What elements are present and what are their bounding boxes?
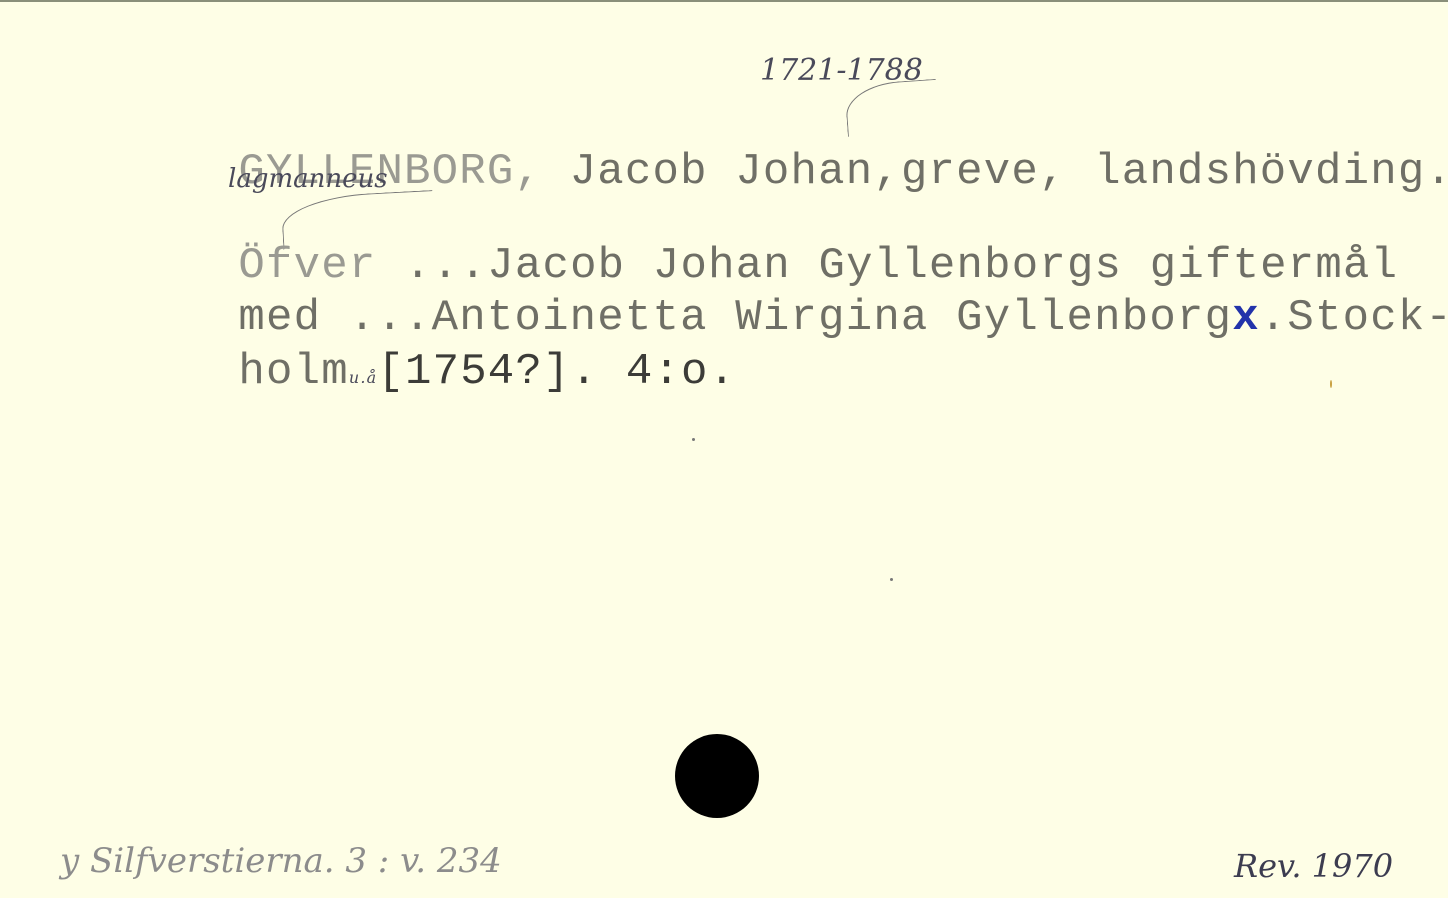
punch-hole (675, 734, 759, 818)
footer-left-note: y Silfverstierna. 3 : v. 234 (60, 844, 502, 878)
footer-revision-note: Rev. 1970 (1234, 850, 1393, 882)
handwritten-insert-lagmanneus: lagmanneus (228, 166, 388, 192)
ink-correction-mark: x (1232, 293, 1260, 343)
paper-speck (890, 578, 893, 581)
heading-title: greve, landshövding. (901, 147, 1448, 197)
heading-forenames: Jacob Johan, (570, 147, 901, 197)
handwritten-note-ua: u.å (349, 368, 378, 387)
body-line3-rest: [1754?]. 4:o. (377, 347, 736, 397)
body-line3-start: holm (238, 347, 348, 397)
paper-speck (1330, 380, 1332, 388)
paper-speck (692, 438, 695, 441)
body-line2-end: .Stock- (1260, 293, 1448, 343)
catalog-card: 1721-1788 GYLLENBORG, Jacob Johan,greve,… (0, 0, 1448, 898)
body-line-3: holmu.å[1754?]. 4:o. (128, 306, 736, 438)
